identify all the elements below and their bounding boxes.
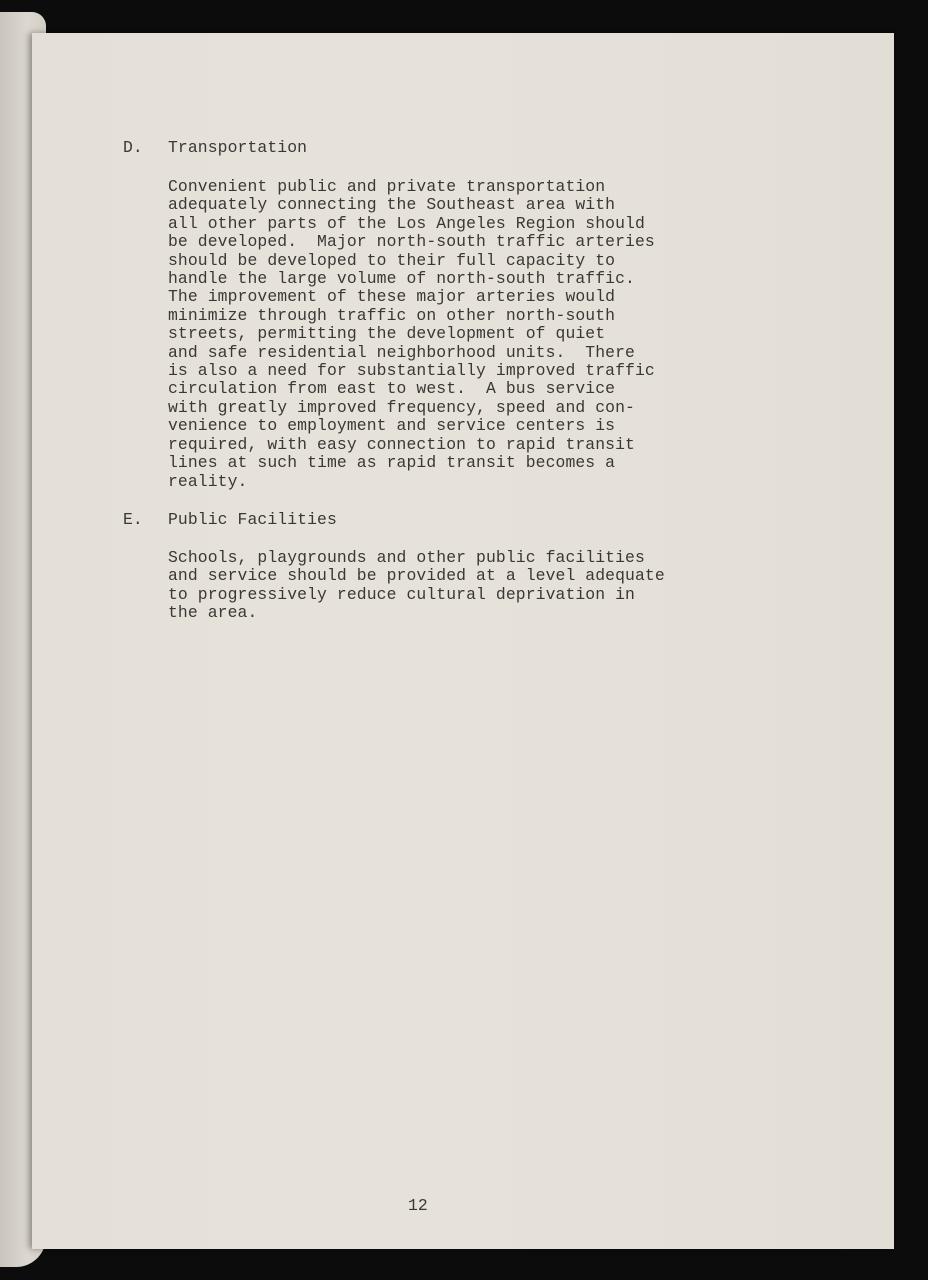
paragraph-line: handle the large volume of north-south t…: [168, 270, 655, 288]
section-e-letter: E.: [123, 511, 143, 529]
paragraph-line: with greatly improved frequency, speed a…: [168, 399, 655, 417]
document-page: D. Transportation Convenient public and …: [32, 33, 894, 1249]
paragraph-line: circulation from east to west. A bus ser…: [168, 380, 655, 398]
page-number: 12: [408, 1197, 428, 1215]
paragraph-line: adequately connecting the Southeast area…: [168, 196, 655, 214]
paragraph-line: The improvement of these major arteries …: [168, 288, 655, 306]
paragraph-line: to progressively reduce cultural depriva…: [168, 586, 665, 604]
paragraph-line: required, with easy connection to rapid …: [168, 436, 655, 454]
paragraph-line: minimize through traffic on other north-…: [168, 307, 655, 325]
paragraph-line: reality.: [168, 473, 655, 491]
paragraph-line: lines at such time as rapid transit beco…: [168, 454, 655, 472]
paragraph-line: the area.: [168, 604, 665, 622]
section-e-title: Public Facilities: [168, 511, 337, 529]
paragraph-line: Convenient public and private transporta…: [168, 178, 655, 196]
section-e-paragraph: Schools, playgrounds and other public fa…: [168, 549, 665, 623]
paragraph-line: be developed. Major north-south traffic …: [168, 233, 655, 251]
paragraph-line: should be developed to their full capaci…: [168, 252, 655, 270]
paragraph-line: and safe residential neighborhood units.…: [168, 344, 655, 362]
paragraph-line: venience to employment and service cente…: [168, 417, 655, 435]
paragraph-line: is also a need for substantially improve…: [168, 362, 655, 380]
section-d-letter: D.: [123, 139, 143, 157]
paragraph-line: and service should be provided at a leve…: [168, 567, 665, 585]
paragraph-line: streets, permitting the development of q…: [168, 325, 655, 343]
paragraph-line: all other parts of the Los Angeles Regio…: [168, 215, 655, 233]
section-d-paragraph: Convenient public and private transporta…: [168, 178, 655, 491]
paragraph-line: Schools, playgrounds and other public fa…: [168, 549, 665, 567]
section-d-title: Transportation: [168, 139, 307, 157]
